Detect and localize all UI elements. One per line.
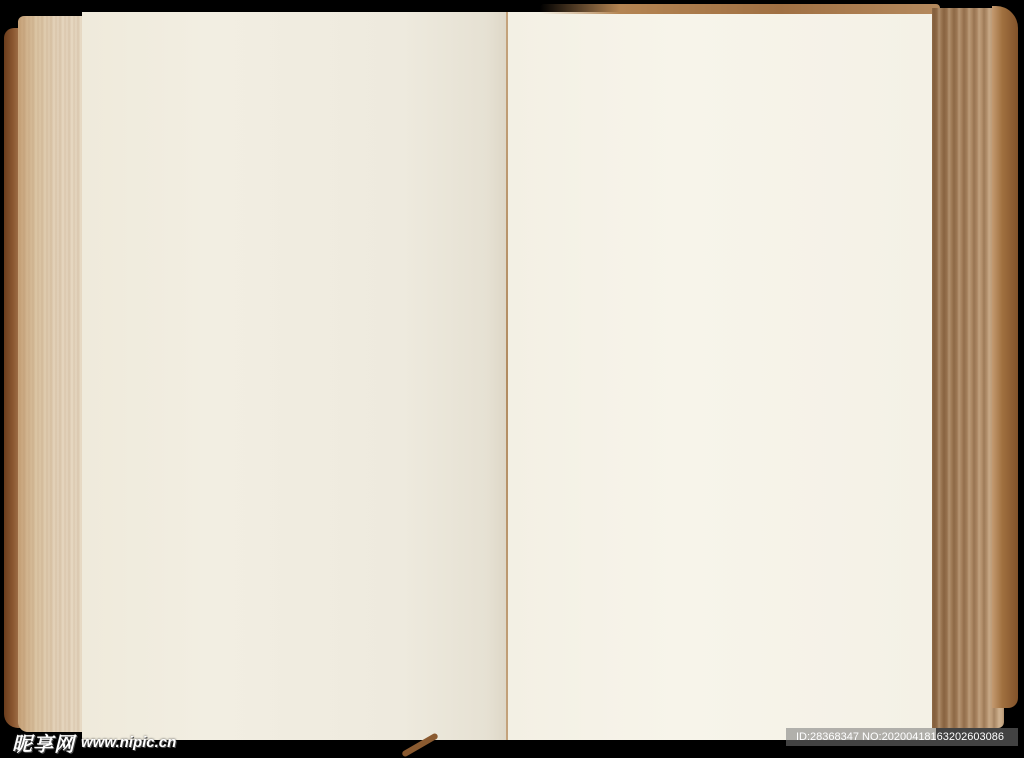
left-page-block <box>18 16 90 732</box>
top-frayed-edge <box>540 4 940 14</box>
watermark-brand: 昵享网 <box>12 728 75 757</box>
book-gutter <box>506 12 508 740</box>
right-cover-edge <box>992 6 1018 708</box>
watermark-id: ID:28368347 NO:20200418163202603086 <box>786 728 1018 746</box>
watermark-logo: 昵享网 www.nipic.cn <box>12 729 176 755</box>
book-photo: 昵享网 www.nipic.cn ID:28368347 NO:20200418… <box>0 0 1024 758</box>
right-blank-page <box>508 12 936 740</box>
watermark-url: www.nipic.cn <box>81 734 176 751</box>
left-blank-page <box>82 12 508 740</box>
